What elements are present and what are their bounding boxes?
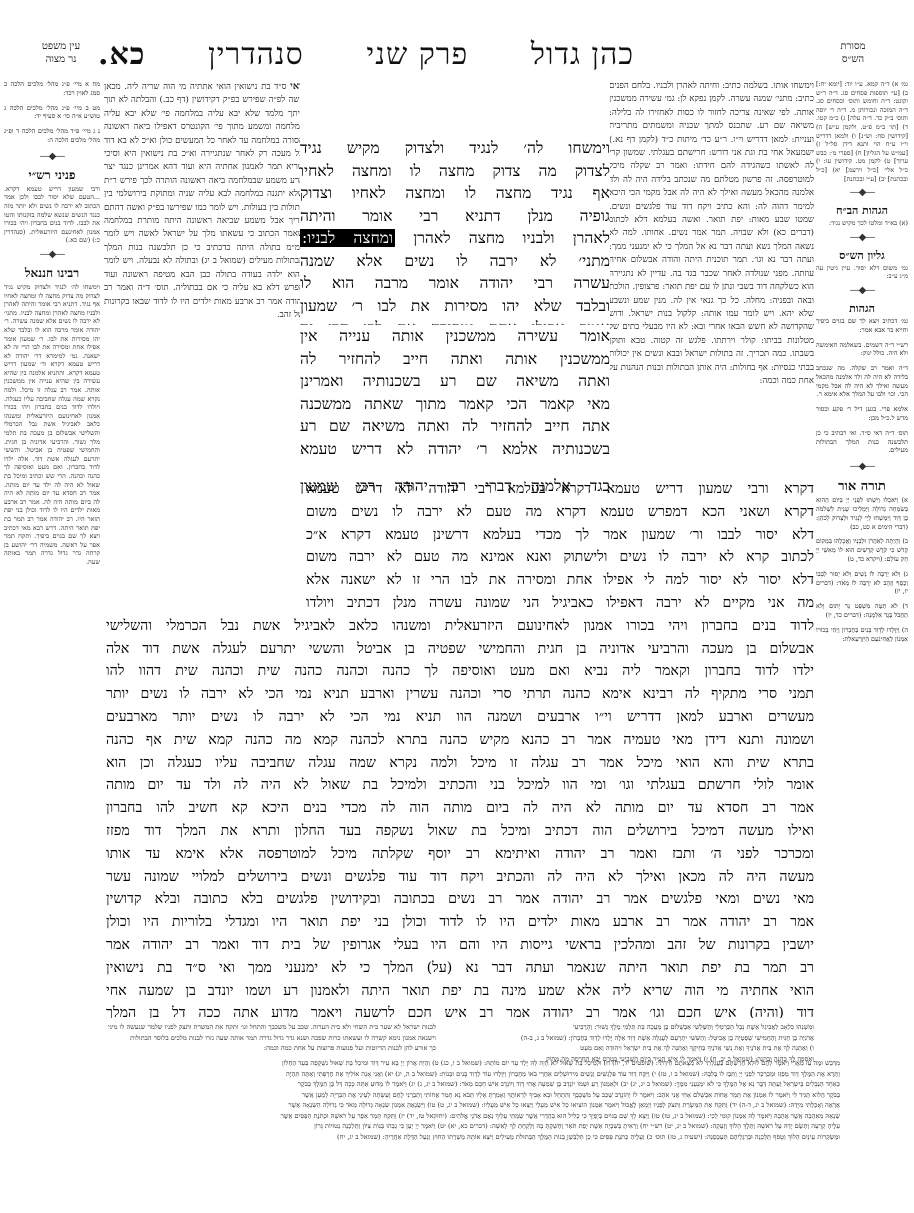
gemara-line: ובלבד שלא יהו מסירות את לבו ר׳ שמעון — [300, 295, 610, 318]
hagahot-item: גמ׳ דכתיב ויצא לך שם בגוים ביפיך וחייא ב… — [816, 317, 908, 335]
gemara-line: דלא יסור לבבו ור׳ שמעון אמר לך מכדי בעלמ… — [306, 524, 814, 547]
gemara-line: דקרא ורבי שמעון דריש טעמא דקרא בעלמא רבי… — [306, 478, 814, 501]
gemara-line: ומכרכר לפני ה׳ ותבז ואמר רב יהודה ואיתימ… — [106, 843, 814, 866]
highlighted-phrase[interactable]: ומחצה לבניו: — [300, 229, 395, 247]
gemara-line: ואתה משיאה שם רע בשכנותיה ואמרינן — [300, 370, 610, 393]
divider: —◆— — [816, 461, 908, 472]
header-tractate: סנהדרין — [208, 37, 304, 72]
gemara-line: לדוד בנים בחברון ויהי בכורו אמנון לאחינו… — [106, 615, 814, 638]
ein-mishpat-entry: מט ב מיי׳ פ״ג מהל׳ מלכים הלכה ג טוש״ע א״… — [4, 104, 100, 122]
gemara-line: דלא יסור לא יסור למה לי אפילו אחת ומסירה… — [306, 569, 814, 592]
gemara-line: ממשכנין אותה ואתה חייב להחזיר לה — [300, 348, 610, 371]
gemara-line: גופיה מנלן דתניא רבי אומר והיתה — [300, 205, 610, 228]
hagahot-habach-title: הגהות הב״ח — [816, 204, 908, 217]
gemara-line: מאי נשים ומאי פלגשים אמר רב יהודה אמר רב… — [106, 888, 814, 911]
gemara-line: בתרא שית והא הואי מיכל אמר רב עגלה זו מי… — [106, 752, 814, 775]
masoret-hashas: גמ׳ א) ד״ה קמא. ע״ו יוד: [יומא יח:] ב) [… — [816, 80, 908, 183]
masoret-column: גמ׳ א) ד״ה קמא. ע״ו יוד: [יומא יח:] ב) [… — [816, 80, 908, 1040]
peninei-rashi-title: פניני רש״י — [4, 168, 100, 183]
gemara-line: בשכנותיה אלמא ר׳ יהודה לא דריש טעמא — [300, 438, 610, 461]
gemara-line: ילדו לדוד בחברון וקאמר ליה נביא ואם מעט … — [106, 660, 814, 683]
header-ein-mishpat-label: עין משפט נר מצוה — [26, 40, 96, 80]
torah-or-item: ד) לֹא תַטֶּה מִשְׁפַּט גֵּר יָתוֹם וְלֹ… — [816, 602, 908, 620]
gemara-line: תמני סרי מתקיף לה רבינא אימא כהנה תרתי ס… — [106, 683, 814, 706]
footer-full-verses: מִדְּבַשׁ וּמֶה עַז מֵאֲרִי וַיֹּאמֶר לָ… — [60, 1058, 840, 1148]
hagahot-item: אלמא פרי. בגען דיל ר׳ פקע וכסור מדש ל.כ״… — [816, 405, 908, 423]
torah-or-item: א) וַיֹּאכְלוּ וַיִּשְׁתּוּ לִפְנֵי יְיָ… — [816, 496, 908, 531]
hagahot-item: ד״ה ואמר רב שקלה. מה שנכתב בלידה לא היה … — [816, 364, 908, 399]
torah-or-title: תורה אור — [816, 478, 908, 494]
rashi-text: ס״ד בת נישואין הואי אתתיה מי הוה שריה לי… — [104, 82, 304, 320]
gemara-line: אתה חייב להחזיר לה ואתה משיאה שם רע — [300, 415, 610, 438]
talmud-page: מסורת הש״ס כהן גדול פרק שני סנהדרין כא. … — [0, 0, 914, 1213]
hagahot-habach-text: (א) בא״ד ומלטו לכך מקיש נגיד: — [816, 219, 908, 228]
footer-left-notes: לבנות ישראל לא שער בית השחי ולא בית הערו… — [106, 1022, 436, 1062]
gilyon-hashas-title: גליון הש״ס — [816, 249, 908, 262]
header-folio: כא. — [98, 37, 145, 72]
gemara-line: אומר לולי חרשתם בעגלתי וגו׳ ומי הוו למיכ… — [106, 774, 814, 797]
gemara-line: לכתוב קרא לא ירבה לו נשים ולישתוק ואנא א… — [306, 546, 814, 569]
hagahot-title: הגהות — [816, 302, 908, 315]
rabbeinu-chananel-text: וימשחו לה׳ לנגיד ולצדוק מקיש נגיד לצדוק … — [4, 283, 100, 567]
gemara-line: לאהרן ולבניו מחצה לאהרן ומחצה לבניו: — [300, 227, 610, 250]
divider: —◆— — [4, 249, 100, 260]
divider: —◆— — [816, 187, 908, 198]
gemara-line: ושמונה ותנא דידן מאי טעמיה אמר רב כהנא מ… — [106, 729, 814, 752]
divider: —◆— — [816, 285, 908, 296]
gemara-main: דקרא ורבי שמעון דריש טעמא דקרא בעלמא רבי… — [106, 478, 814, 1018]
header-masoret-label: מסורת הש״ס — [818, 40, 888, 80]
header-chapter-name: כהן גדול — [531, 37, 634, 72]
gemara-line: דוד (והיה) איש חכם וגו׳ אמר רב יהודה אמר… — [106, 1002, 814, 1018]
gemara-line: אומר עשירה ממשכנין אותה ענייה אין — [300, 325, 610, 348]
torah-or-item: ב) וְהָיְתָה לְאַהֲרֹן וּלְבָנָיו וַאֲכָ… — [816, 537, 908, 563]
gemara-line: מעשרים וארבע למאן דדריש וי״ו ארבעים ושמנ… — [106, 706, 814, 729]
tosafot-text: וימשחו אותו. בשלמה כתיב: וחיתה לאהרן ולב… — [609, 81, 814, 386]
gemara-line: אמר רב חסדא עד יום מותה לא היה לה ביום מ… — [106, 797, 814, 820]
gemara-line: ואילו מעשה דמיכל בירושלים הוה דכתיב ומיכ… — [106, 820, 814, 843]
gemara-line: אבשלום בן מעכה והרביעי אדוניה בן חגית וה… — [106, 638, 814, 661]
gemara-line: אמר רב יהודה אמר רב ארבע מאות ילדים היו … — [106, 911, 814, 934]
torah-or-item: ג) וְלֹא יַרְבֶּה לּוֹ נָשִׁים וְלֹא יָס… — [816, 570, 908, 596]
gemara-line: מה אני מקיים לא ירבה דאפילו כאביגיל הני … — [306, 592, 814, 615]
hagahot-item: תוס׳ ד״ה דאי ס״ד. ואי רבתיב כי כן תלבשנה… — [816, 429, 908, 455]
divider: —◆— — [4, 151, 100, 162]
gemara-line: אף נגיד מחצה לו ומחצה לאחיו וצדוק — [300, 182, 610, 205]
peninei-rashi-text: ורבי שמעון דריש טעמא דקרא. ...הטעם שלא י… — [4, 185, 100, 245]
gemara-line: לצדוק מה צדוק מחצה לו ומחצה לאחיו — [300, 160, 610, 183]
ein-mishpat-column: מח א מיי׳ פ״ג מהל׳ מלכים הלכה ב סמג לאוי… — [4, 80, 100, 1040]
gemara-line: מתני׳ לא ירבה לו נשים אלא שמנה — [300, 250, 610, 273]
divider: —◆— — [816, 232, 908, 243]
hagahot-item: רש״י ד״ה דשמים. בשאלמה חאימשה ולא היה. כ… — [816, 341, 908, 359]
gemara-line: רב תמר בת יפת תואר היתה שנאמר ועתה דבר נ… — [106, 957, 814, 980]
gemara-line: וימשחו לה׳ לנגיד ולצדוק מקיש נגיד — [300, 137, 610, 160]
gemara-line: מעשה היה לה מכאן ואילך לא היה לה והכתיב … — [106, 866, 814, 889]
page-header: כהן גדול פרק שני סנהדרין כא. — [98, 34, 634, 74]
gemara-line: יושבין בקרונות של זהב ומהלכין בראשי גייס… — [106, 934, 814, 957]
gemara-line: הואי אחתיה מי הוה שריא ליה אלא שמע מינה … — [106, 980, 814, 1003]
gilyon-hashas-text: גמ׳ משום דלא יסור. עיין גיטין עה מ״ג ע״ב… — [816, 264, 908, 281]
gemara-line: דקרא ושאני הכא דמפרש טעמא דקרא מה טעם לא… — [306, 501, 814, 524]
ein-mishpat-entry: מח א מיי׳ פ״ג מהל׳ מלכים הלכה ב סמג לאוי… — [4, 80, 100, 98]
gemara-line: מאי קאמר הכי קאמר מתוך שאתה ממשכנה — [300, 393, 610, 416]
rabbeinu-chananel-title: רבינו חננאל — [4, 266, 100, 281]
gemara-line: עשרה רבי יהודה אומר מרבה הוא לו — [300, 272, 610, 295]
header-chapter-number: פרק שני — [366, 37, 468, 72]
torah-or-item: ה) וַיִּוָּלְדוּ לְדָוִד בָּנִים בְּחֶבְ… — [816, 626, 908, 644]
gemara-top-continued: אומר עשירה ממשכנין אותה ענייה אין ממשכני… — [300, 325, 610, 475]
ein-mishpat-entry: נ ג מיי׳ פ״ד מהל׳ מלכים הלכה ד ופ״ג מהל׳… — [4, 127, 100, 145]
